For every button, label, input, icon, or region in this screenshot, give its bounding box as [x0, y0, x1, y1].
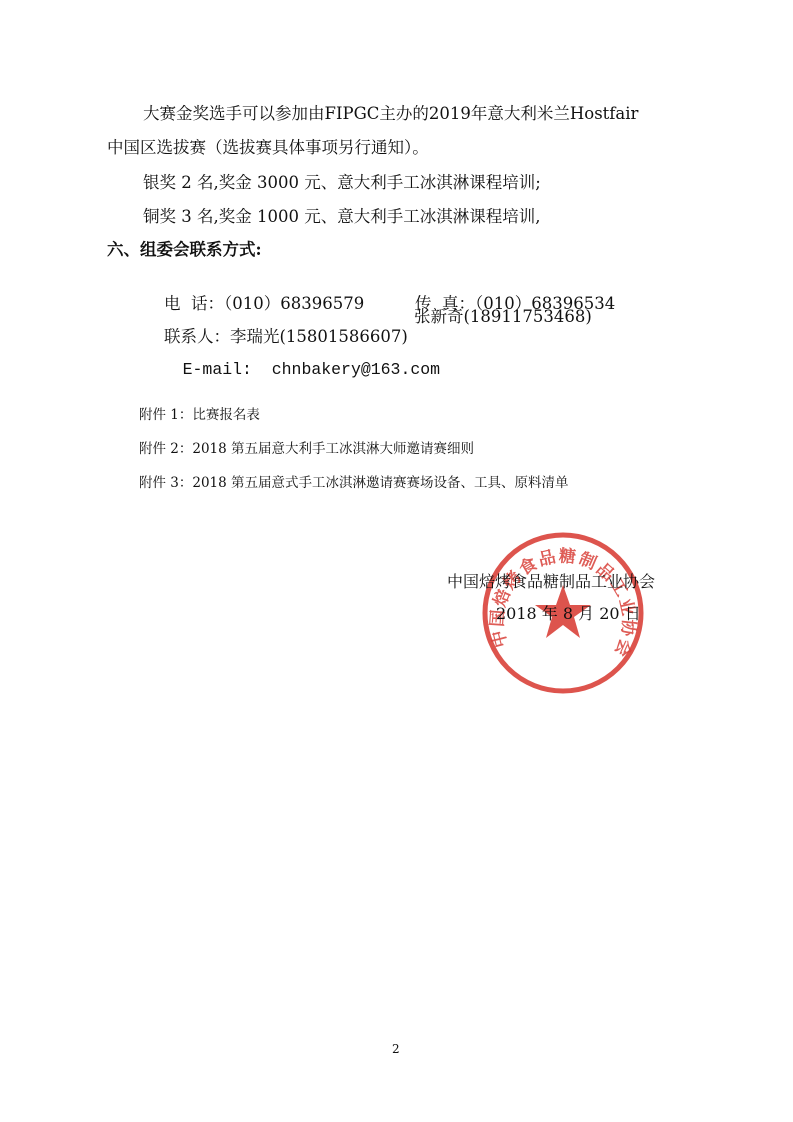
- contact-email-row: E-mail: chnbakery@163.com: [143, 340, 440, 400]
- section-heading-contact: 六、组委会联系方式:: [107, 240, 262, 260]
- signature-organization: 中国焙烤食品糖制品工业协会: [447, 572, 655, 592]
- attachment-1: 附件 1：比赛报名表: [139, 406, 260, 424]
- attachment-2: 附件 2：2018 第五届意大利手工冰淇淋大师邀请赛细则: [139, 440, 474, 458]
- contact-person-2: 张新奇(18911753468): [414, 307, 592, 327]
- page-number: 2: [392, 1042, 400, 1056]
- paragraph-gold-award-line1: 大赛金奖选手可以参加由FIPGC主办的2019年意大利米兰Hostfair: [143, 104, 638, 124]
- paragraph-silver-award: 银奖 2 名,奖金 3000 元、意大利手工冰淇淋课程培训;: [143, 173, 541, 193]
- email-label: E-mail:: [183, 360, 252, 379]
- paragraph-bronze-award: 铜奖 3 名,奖金 1000 元、意大利手工冰淇淋课程培训,: [143, 207, 540, 227]
- paragraph-gold-award-line2: 中国区选拔赛（选拔赛具体事项另行通知）。: [107, 138, 429, 158]
- email-value[interactable]: chnbakery@163.com: [272, 360, 440, 379]
- attachment-3: 附件 3：2018 第五届意式手工冰淇淋邀请赛赛场设备、工具、原料清单: [139, 474, 569, 492]
- signature-date: 2018 年 8 月 20 日: [496, 604, 641, 624]
